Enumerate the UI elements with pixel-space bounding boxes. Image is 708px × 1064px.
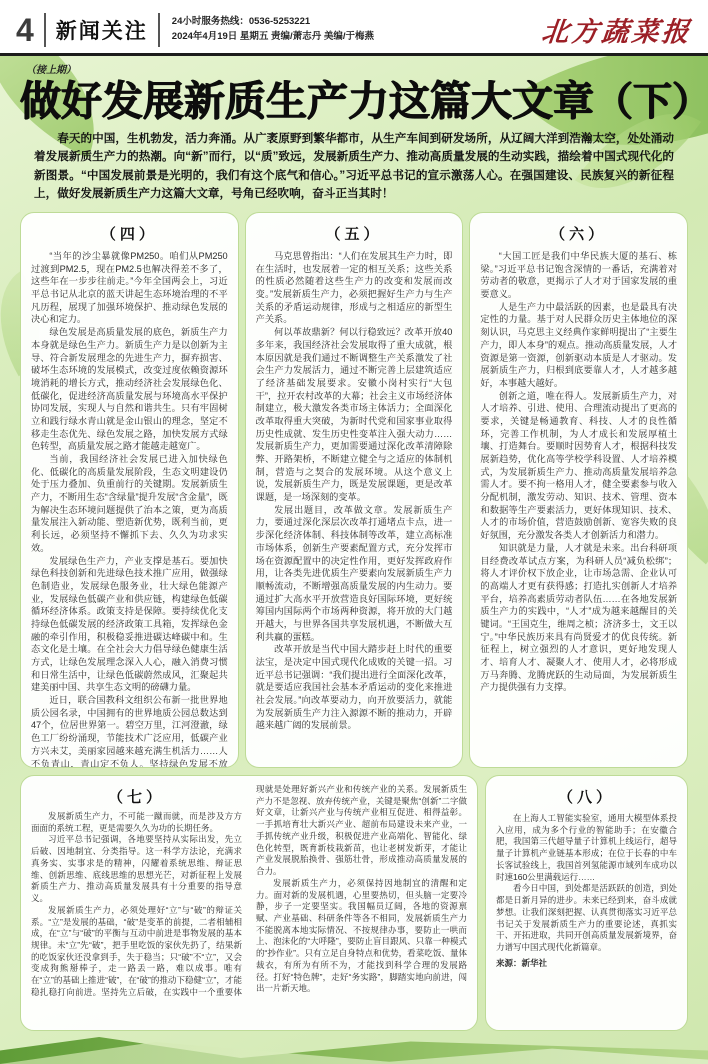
article-content: （接上期） 做好发展新质生产力这篇大文章（下） 春天的中国，生机勃发，活力奔涌。… bbox=[0, 56, 708, 1031]
paragraph: 当前，我国经济社会发展已进入加快绿色化、低碳化的高质量发展阶段，生态文明建设仍处… bbox=[31, 453, 228, 555]
section-heading-6: （六） bbox=[480, 223, 677, 244]
article-title: 做好发展新质生产力这篇大文章（下） bbox=[20, 78, 688, 126]
paragraph: 绿色发展是高质量发展的底色，新质生产力本身就是绿色生产力。新质生产力是以创新为主… bbox=[31, 326, 228, 453]
source-line: 来源：新华社 bbox=[496, 958, 677, 970]
section-heading-5: （五） bbox=[256, 223, 453, 244]
paragraph: 创新之道，唯在得人。发展新质生产力，对人才培养、引进、使用、合理流动提出了更高的… bbox=[480, 390, 677, 542]
paragraph: 习近平总书记强调，各地要坚持从实际出发，先立后破、因地制宜、分类指导。这一科学方… bbox=[31, 834, 242, 904]
masthead-logo: 北方蔬菜报 bbox=[540, 10, 694, 49]
paragraph: 发展新质生产力，必须保持因地制宜的清醒和定力。面对新的发展机遇，心里要热切，但头… bbox=[256, 878, 467, 995]
section-box-4: （四） “当年的沙尘暴就像PM250。咱们从PM250过渡到PM2.5，现在PM… bbox=[20, 212, 239, 768]
section-name: 新闻关注 bbox=[44, 13, 160, 47]
section-box-6: （六） “大国工匠是我们中华民族大厦的基石、栋梁。”习近平总书记饱含深情的一番话… bbox=[469, 212, 688, 768]
newspaper-page: 4 新闻关注 24小时服务热线：0536-5253221 2024年4月19日 … bbox=[0, 0, 708, 1064]
section-box-5: （五） 马克思曾指出：“人们在发展其生产力时，即在生活时，也发展着一定的相互关系… bbox=[245, 212, 464, 768]
section-heading-7: （七） bbox=[31, 786, 242, 807]
paragraph: “当年的沙尘暴就像PM250。咱们从PM250过渡到PM2.5，现在PM2.5也… bbox=[31, 250, 228, 326]
date-line: 2024年4月19日 星期五 责编/萧志丹 美编/于梅燕 bbox=[172, 30, 374, 45]
continuation-note: （接上期） bbox=[26, 61, 688, 76]
page-header: 4 新闻关注 24小时服务热线：0536-5253221 2024年4月19日 … bbox=[0, 0, 708, 56]
paragraph: 看今日中国，到处都是活跃跃的创造，到处都是日新月异的进步。未来已经到来，奋斗成就… bbox=[496, 883, 677, 953]
section-heading-8: （八） bbox=[496, 786, 677, 807]
paragraph: 在上海人工智能实验室，通用大模型体系投入应用，成为多个行业的智能助手；在安徽合肥… bbox=[496, 813, 677, 883]
article-title-text: 做好发展新质生产力这篇大文章 bbox=[20, 78, 594, 124]
paragraph: 近日，联合国教科文组织公布新一批世界地质公园名录，中国拥有的世界地质公园总数达到… bbox=[31, 694, 228, 768]
article-title-suffix: （下） bbox=[594, 81, 708, 124]
section-box-7: （七） 发展新质生产力，不可能一蹴而就，而是涉及方方面面的系统工程，更是需要久久… bbox=[20, 775, 478, 1031]
section-heading-4: （四） bbox=[31, 223, 228, 244]
paragraph: 改革开放是当代中国大踏步赶上时代的重要法宝，是决定中国式现代化成败的关键一招。习… bbox=[256, 643, 453, 732]
article-background: （接上期） 做好发展新质生产力这篇大文章（下） 春天的中国，生机勃发，活力奔涌。… bbox=[0, 56, 708, 1064]
paragraph: 人是生产力中最活跃的因素，也是最具有决定性的力量。基于对人民群众历史主体地位的深… bbox=[480, 301, 677, 390]
paragraph: 发展新质生产力，不可能一蹴而就，而是涉及方方面面的系统工程，更是需要久久为功的长… bbox=[31, 811, 242, 834]
section-box-8: （八） 在上海人工智能实验室，通用大模型体系投入应用，成为多个行业的智能助手；在… bbox=[485, 775, 688, 1031]
sections-row-top: （四） “当年的沙尘暴就像PM250。咱们从PM250过渡到PM2.5，现在PM… bbox=[20, 212, 688, 768]
hotline-text: 24小时服务热线：0536-5253221 bbox=[172, 15, 374, 30]
paragraph: 发展绿色生产力，产业支撑是基石。要加快绿色科技创新和先进绿色技术推广应用，做强绿… bbox=[31, 555, 228, 695]
page-number: 4 bbox=[16, 14, 34, 46]
paragraph: 发展出题目，改革做文章。发展新质生产力，要通过深化深层次改革打通堵点卡点，进一步… bbox=[256, 504, 453, 644]
paragraph: 马克思曾指出：“人们在发展其生产力时，即在生活时，也发展着一定的相互关系；这些关… bbox=[256, 250, 453, 326]
paragraph: “大国工匠是我们中华民族大厦的基石、栋梁。”习近平总书记饱含深情的一番话，充满着… bbox=[480, 250, 677, 301]
article-intro: 春天的中国，生机勃发，活力奔涌。从广袤原野到繁华都市，从生产车间到研发场所，从辽… bbox=[34, 130, 674, 204]
paragraph: 知识就是力量，人才就是未来。出台科研项目经费改革试点方案，为科研人员“减负松绑”… bbox=[480, 542, 677, 694]
section-7-columns: （七） 发展新质生产力，不可能一蹴而就，而是涉及方方面面的系统工程，更是需要久久… bbox=[31, 784, 467, 1008]
sections-row-bottom: （七） 发展新质生产力，不可能一蹴而就，而是涉及方方面面的系统工程，更是需要久久… bbox=[20, 775, 688, 1031]
paragraph: 何以革故鼎新？何以行稳致远？改革开放40多年来，我国经济社会发展取得了重大成就，… bbox=[256, 326, 453, 504]
header-info: 24小时服务热线：0536-5253221 2024年4月19日 星期五 责编/… bbox=[172, 15, 374, 44]
